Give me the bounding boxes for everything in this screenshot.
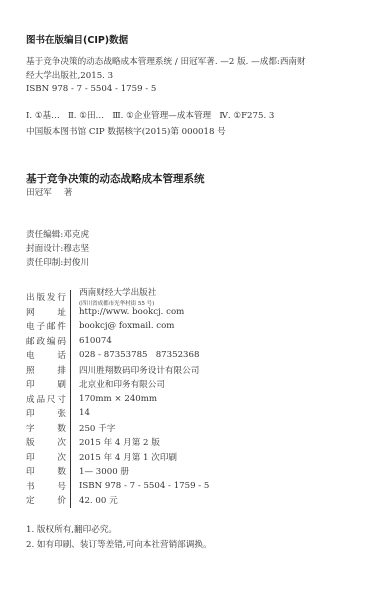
author-role: 著 [64,188,73,198]
label-char: 编 [47,335,56,347]
label-char: 子 [36,320,45,332]
value-text: 1— 3000 册 [79,467,129,477]
label-char: 电 [26,349,35,361]
credit-printing: 责任印制:封俊川 [26,256,89,270]
label-char: 数 [57,422,66,434]
label-char: 网 [26,306,35,318]
label-char: 印 [26,407,35,419]
credit-editor: 责任编辑:邓克虎 [26,228,89,242]
label-char: 字 [26,422,35,434]
label-char: 话 [57,349,66,361]
table-row: 邮政编码610074 [26,334,66,349]
label-char: 次 [57,436,66,448]
credits: 责任编辑:邓克虎 封面设计:穆志坚 责任印制:封俊川 [26,228,89,270]
label-char: 件 [57,320,66,332]
table-row-label: 定价 [26,494,66,506]
label-char: 出 [26,291,35,303]
label-char: 张 [57,407,66,419]
cip-classification: Ⅰ. ①基… Ⅱ. ①田… Ⅲ. ①企业管理—成本管理 Ⅳ. ①F275. 3 [26,110,274,124]
table-row-value: 1— 3000 册 [79,465,129,477]
value-text: 610074 [79,336,112,346]
table-row: 成品尺寸170mm × 240mm [26,392,66,407]
cip-description-line: 基于竞争决策的动态战略成本管理系统 / 田冠军著. —2 版. —成都:西南财 [26,56,306,70]
label-char: 印 [26,378,35,390]
table-row-label: 电话 [26,349,66,361]
value-text: 250 千字 [79,424,115,434]
table-row: 字数250 千字 [26,421,66,436]
table-row-label: 网址 [26,306,66,318]
table-row-label: 成品尺寸 [26,393,66,405]
label-char: 寸 [57,393,66,405]
label-char: 版 [26,436,35,448]
label-char: 码 [57,335,66,347]
value-text: 西南财经大学出版社 [79,288,156,298]
table-row-value: 42. 00 元 [79,494,118,506]
notes: 1. 版权所有,翻印必究。 2. 如有印刷、装订等差错,可向本社营销部调换。 [26,523,212,552]
value-text: bookcj@ foxmail. com [79,321,174,331]
table-row: 出版发行西南财经大学出版社(四川省成都市光华村街 55 号) [26,290,66,305]
label-char: 版 [36,291,45,303]
label-char: 政 [36,335,45,347]
table-row-value: 610074 [79,336,112,346]
table-row: 版次2015 年 4 月第 2 版 [26,435,66,450]
label-char: 址 [57,306,66,318]
table-row-label: 印次 [26,451,66,463]
table-row: 印次2015 年 4 月第 1 次印刷 [26,450,66,465]
book-title: 基于竞争决策的动态战略成本管理系统 [26,171,205,186]
value-text: 2015 年 4 月第 2 版 [79,438,160,448]
note-item: 2. 如有印刷、装订等差错,可向本社营销部调换。 [26,538,212,553]
label-char: 排 [57,364,66,376]
value-text: http://www. bookcj. com [79,307,184,317]
table-row-label: 出版发行 [26,291,66,303]
label-char: 发 [47,291,56,303]
value-text: 028 - 87353785 87352368 [79,350,199,360]
table-row-label: 邮政编码 [26,335,66,347]
value-text: 四川胜翔数码印务设计有限公司 [79,366,199,376]
table-row-value: bookcj@ foxmail. com [79,321,174,331]
copyright-page: 图书在版编目(CIP)数据 基于竞争决策的动态战略成本管理系统 / 田冠军著. … [0,0,375,591]
cip-number: 中国版本图书馆 CIP 数据核字(2015)第 000018 号 [26,126,274,140]
label-char: 价 [57,494,66,506]
value-text: 14 [79,408,90,418]
table-row-value: 西南财经大学出版社(四川省成都市光华村街 55 号) [79,286,156,308]
book-author-line: 田冠军著 [26,186,72,198]
publication-table: 出版发行西南财经大学出版社(四川省成都市光华村街 55 号)网址http://w… [26,290,66,508]
book-author: 田冠军 [26,188,52,198]
table-row-label: 书号 [26,480,66,492]
label-char: 邮 [47,320,56,332]
table-row-value: 250 千字 [79,422,115,434]
label-char: 号 [57,480,66,492]
value-text: 42. 00 元 [79,496,118,506]
label-char: 次 [57,451,66,463]
cip-description-line: 经大学出版社,2015. 3 [26,70,306,84]
table-row: 定价42. 00 元 [26,493,66,508]
label-char: 成 [26,393,35,405]
label-char: 邮 [26,335,35,347]
table-row-value: 028 - 87353785 87352368 [79,350,199,360]
table-row-value: 四川胜翔数码印务设计有限公司 [79,364,199,376]
label-char: 数 [57,465,66,477]
value-text: 2015 年 4 月第 1 次印刷 [79,453,177,463]
value-text: ISBN 978 - 7 - 5504 - 1759 - 5 [79,481,209,491]
table-row-label: 字数 [26,422,66,434]
table-row: 印数1— 3000 册 [26,464,66,479]
label-char: 印 [26,465,35,477]
label-char: 定 [26,494,35,506]
credit-cover-design: 封面设计:穆志坚 [26,242,89,256]
label-char: 印 [26,451,35,463]
cip-classification-block: Ⅰ. ①基… Ⅱ. ①田… Ⅲ. ①企业管理—成本管理 Ⅳ. ①F275. 3 … [26,110,274,139]
label-char: 品 [36,393,45,405]
table-row-value: ISBN 978 - 7 - 5504 - 1759 - 5 [79,481,209,491]
cip-description-line: ISBN 978 - 7 - 5504 - 1759 - 5 [26,83,306,97]
table-row: 印张14 [26,406,66,421]
table-row-value: 14 [79,408,90,418]
label-char: 行 [57,291,66,303]
value-text: 170mm × 240mm [79,394,157,404]
table-row: 网址http://www. bookcj. com [26,305,66,320]
table-row: 印刷北京业和印务有限公司 [26,377,66,392]
table-row-value: 北京业和印务有限公司 [79,378,165,390]
table-row-label: 印刷 [26,378,66,390]
table-row-value: 170mm × 240mm [79,394,157,404]
note-item: 1. 版权所有,翻印必究。 [26,523,212,538]
table-row-label: 印数 [26,465,66,477]
label-char: 照 [26,364,35,376]
table-row-label: 电子邮件 [26,320,66,332]
cip-description: 基于竞争决策的动态战略成本管理系统 / 田冠军著. —2 版. —成都:西南财 … [26,56,306,97]
table-row: 电子邮件bookcj@ foxmail. com [26,319,66,334]
table-row-label: 印张 [26,407,66,419]
table-row-label: 照排 [26,364,66,376]
table-row: 书号ISBN 978 - 7 - 5504 - 1759 - 5 [26,479,66,494]
table-row-label: 版次 [26,436,66,448]
table-row: 电话028 - 87353785 87352368 [26,348,66,363]
label-char: 尺 [47,393,56,405]
label-char: 刷 [57,378,66,390]
label-char: 书 [26,480,35,492]
label-char: 电 [26,320,35,332]
table-divider [70,290,71,508]
value-text: 北京业和印务有限公司 [79,380,165,390]
table-row-value: 2015 年 4 月第 2 版 [79,436,160,448]
cip-heading: 图书在版编目(CIP)数据 [26,32,128,46]
table-row-value: http://www. bookcj. com [79,307,184,317]
table-row: 照排四川胜翔数码印务设计有限公司 [26,363,66,378]
table-row-value: 2015 年 4 月第 1 次印刷 [79,451,177,463]
